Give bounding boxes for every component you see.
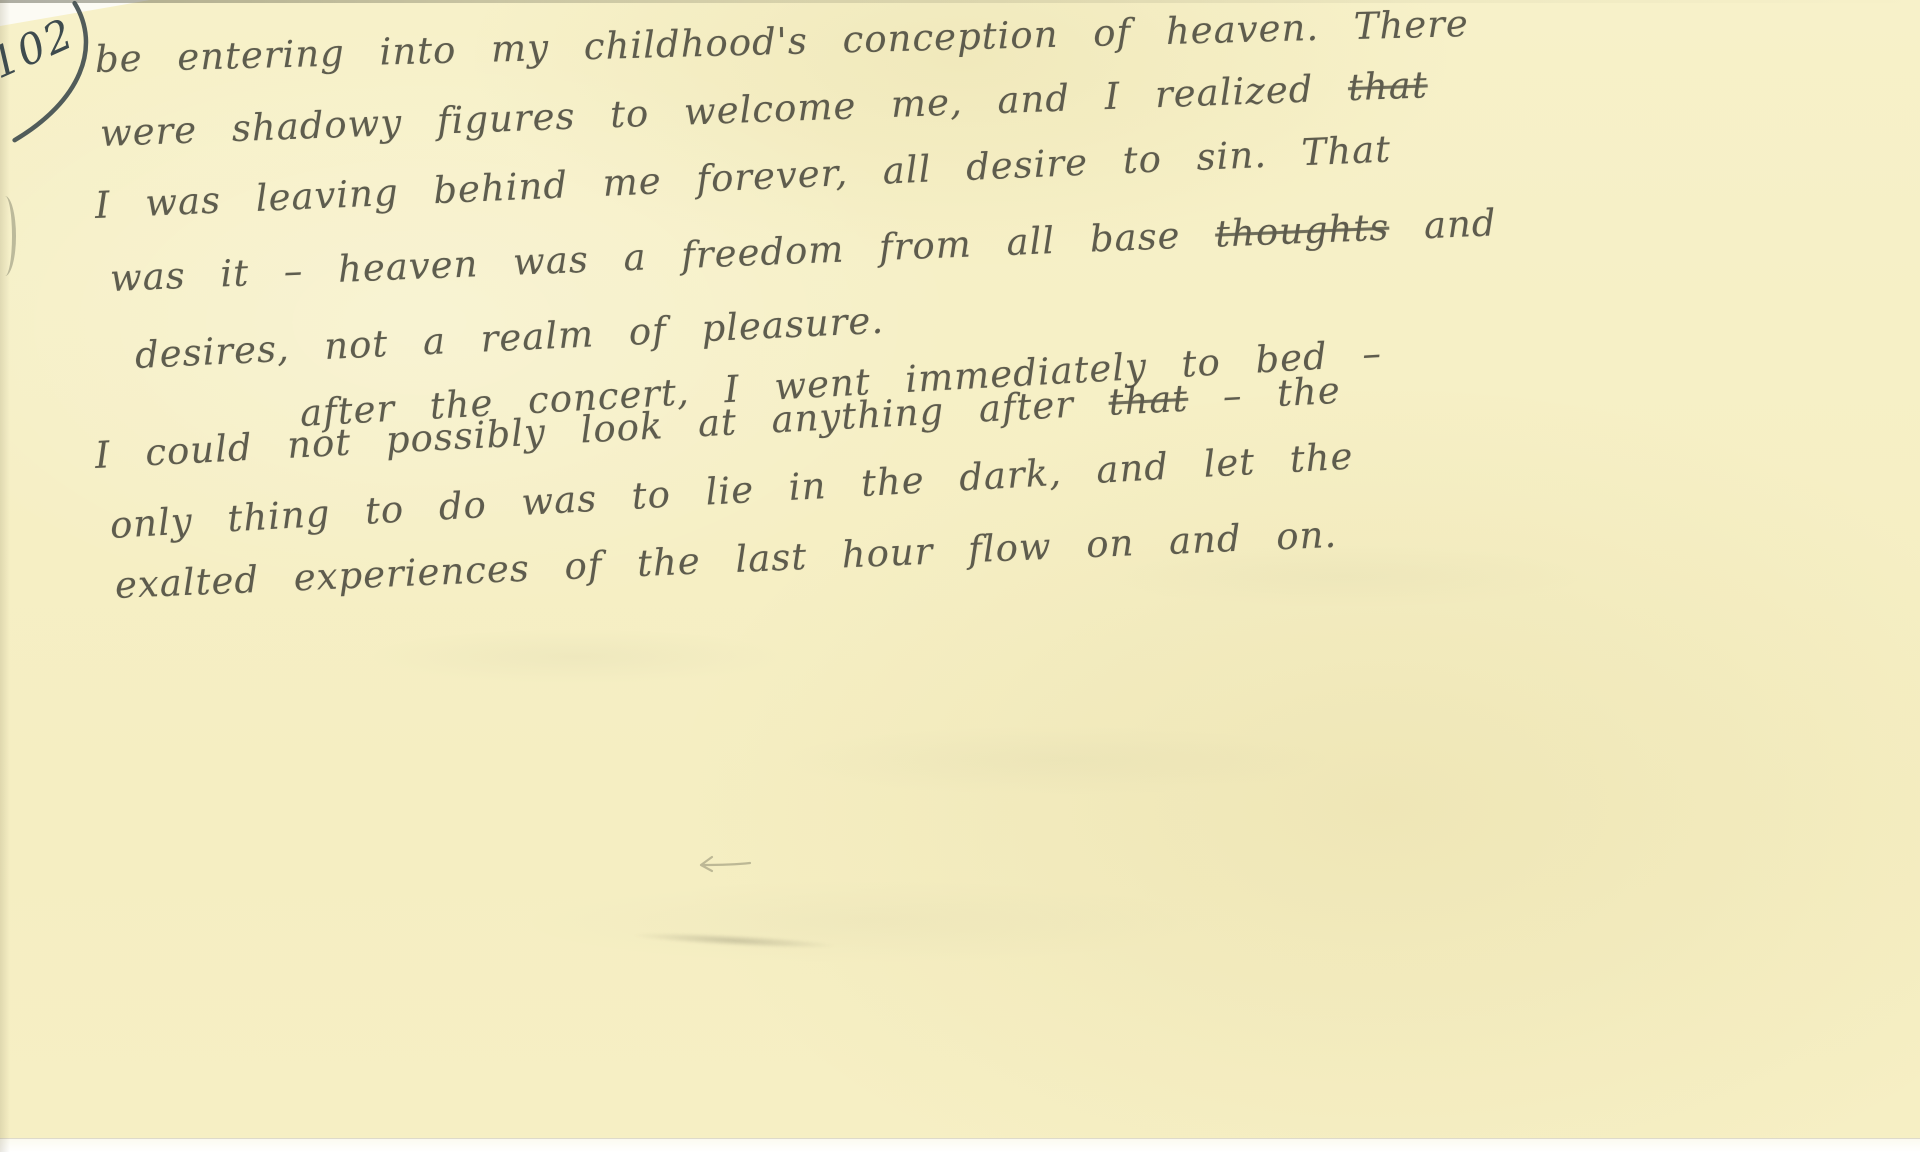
scan-bottom-edge (0, 1138, 1920, 1152)
struck-word: that (1107, 377, 1189, 424)
manuscript-page: 102 be entering into my childhood's conc… (0, 0, 1920, 1152)
handwritten-text: was it – heaven was a freedom from all b… (109, 213, 1216, 300)
left-arrow-doodle (692, 850, 756, 878)
handwritten-text: – the (1187, 369, 1342, 420)
scan-top-edge (0, 0, 1920, 3)
struck-word: that (1347, 63, 1428, 109)
handwritten-text: and (1388, 201, 1497, 248)
struck-word: thoughts (1214, 206, 1390, 256)
page-left-edge-shade (0, 0, 10, 1152)
pencil-mark-left-edge (0, 196, 16, 276)
pencil-smudge (618, 926, 908, 957)
